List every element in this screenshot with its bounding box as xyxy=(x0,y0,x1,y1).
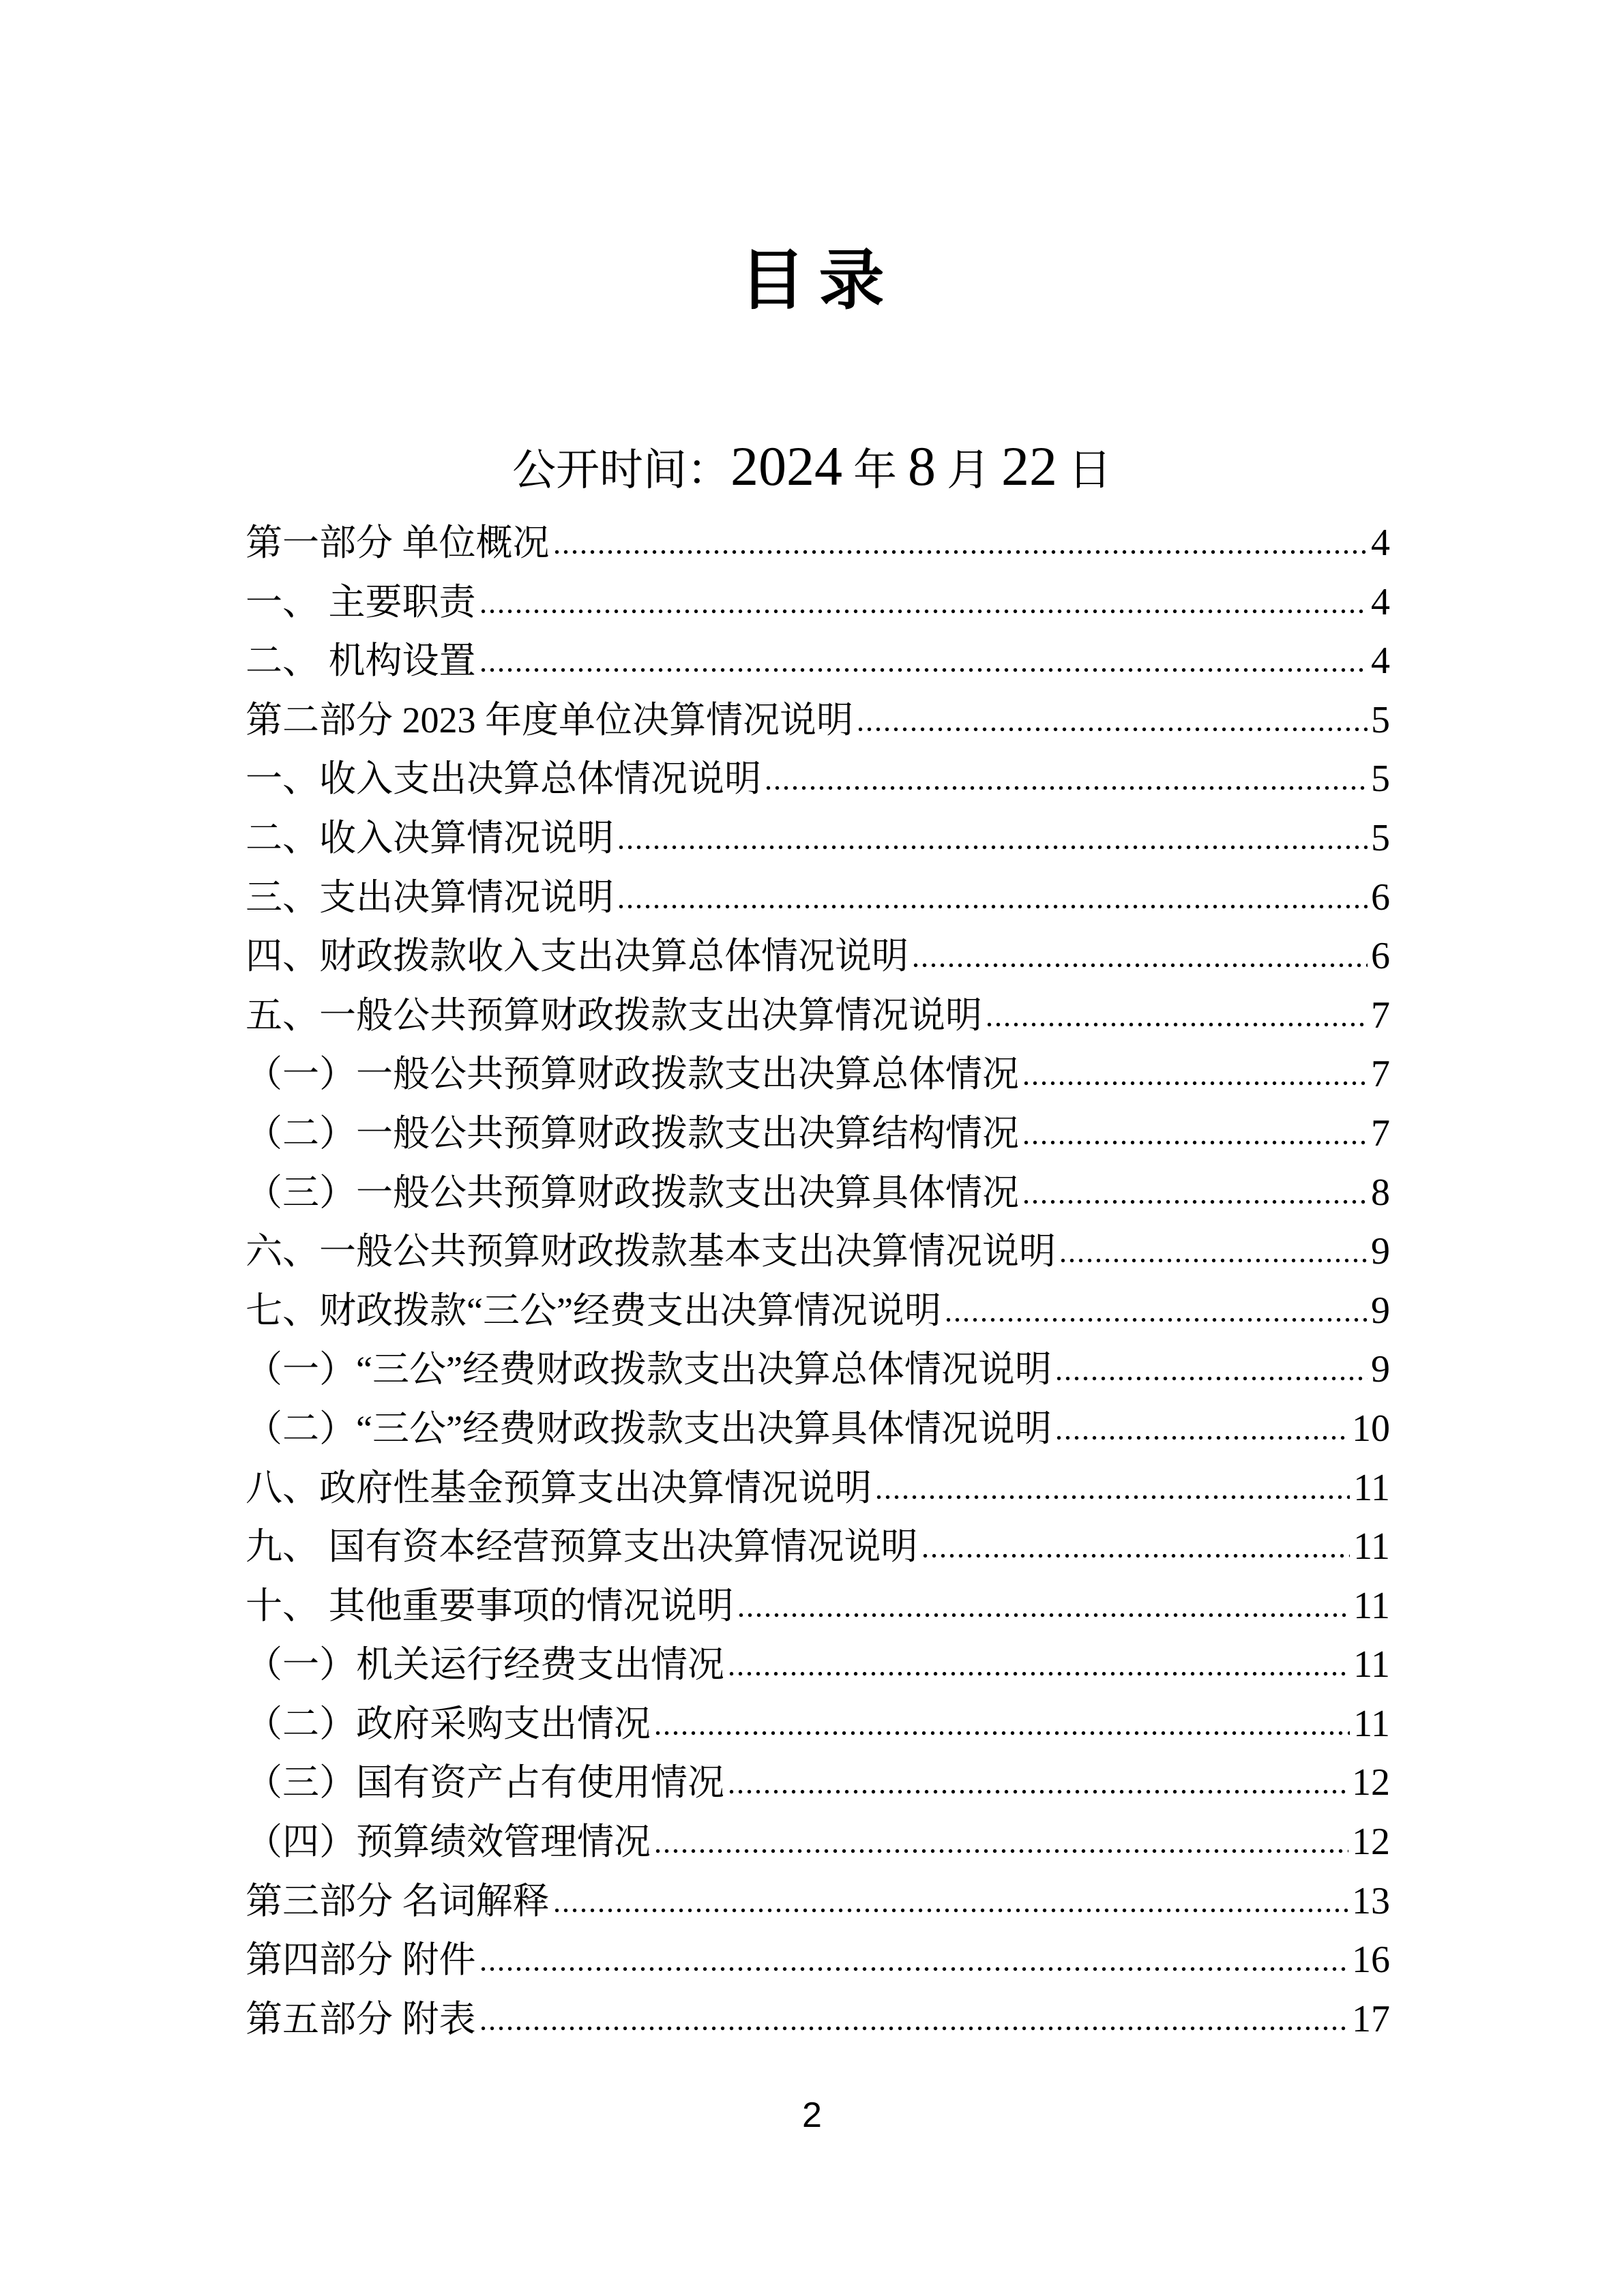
toc-entry[interactable]: 第四部分 附件16 xyxy=(246,1930,1390,1990)
toc-entry-page: 7 xyxy=(1371,1045,1390,1104)
toc-leader-dots xyxy=(552,549,1368,555)
toc-leader-dots xyxy=(653,1848,1348,1854)
toc-leader-dots xyxy=(479,667,1368,673)
toc-entry-page: 12 xyxy=(1352,1753,1390,1813)
toc-entry-label: （一）“三公”经费财政拨款支出决算总体情况说明 xyxy=(246,1340,1052,1399)
toc-entry-label: （三）国有资产占有使用情况 xyxy=(246,1753,724,1813)
toc-leader-dots xyxy=(617,904,1368,910)
toc-entry-page: 17 xyxy=(1352,1990,1390,2049)
toc-leader-dots xyxy=(727,1789,1348,1795)
toc-entry[interactable]: 第二部分 2023 年度单位决算情况说明5 xyxy=(246,691,1390,750)
toc-entry-page: 11 xyxy=(1353,1577,1390,1636)
toc-entry-label: （二）政府采购支出情况 xyxy=(246,1695,651,1754)
toc-leader-dots xyxy=(1054,1435,1348,1441)
toc-entry-label: （二）“三公”经费财政拨款支出决算具体情况说明 xyxy=(246,1399,1052,1459)
table-of-contents: 第一部分 单位概况4一、 主要职责4二、 机构设置4第二部分 2023 年度单位… xyxy=(246,513,1390,2048)
toc-entry[interactable]: 九、 国有资本经营预算支出决算情况说明11 xyxy=(246,1517,1390,1577)
toc-entry[interactable]: 第五部分 附表17 xyxy=(246,1990,1390,2049)
toc-entry-label: （三）一般公共预算财政拨款支出决算具体情况 xyxy=(246,1163,1019,1223)
toc-entry-label: 二、 机构设置 xyxy=(246,631,476,691)
toc-entry[interactable]: 二、 机构设置4 xyxy=(246,631,1390,691)
toc-entry-page: 9 xyxy=(1371,1222,1390,1281)
toc-leader-dots xyxy=(1022,1139,1368,1146)
toc-entry-label: 一、收入支出决算总体情况说明 xyxy=(246,749,761,809)
toc-entry-label: 一、 主要职责 xyxy=(246,573,476,632)
toc-entry-label: 六、一般公共预算财政拨款基本支出决算情况说明 xyxy=(246,1222,1056,1281)
toc-entry-page: 16 xyxy=(1352,1930,1390,1990)
toc-entry-page: 11 xyxy=(1353,1459,1390,1518)
toc-entry-label: （一）机关运行经费支出情况 xyxy=(246,1635,724,1695)
toc-entry-page: 4 xyxy=(1371,513,1390,573)
toc-entry-page: 13 xyxy=(1352,1872,1390,1931)
toc-entry[interactable]: 五、一般公共预算财政拨款支出决算情况说明7 xyxy=(246,986,1390,1045)
toc-entry[interactable]: （二）政府采购支出情况11 xyxy=(246,1695,1390,1754)
toc-entry[interactable]: （一）机关运行经费支出情况11 xyxy=(246,1635,1390,1695)
toc-entry-label: （一）一般公共预算财政拨款支出决算总体情况 xyxy=(246,1045,1019,1104)
toc-entry-page: 9 xyxy=(1371,1281,1390,1341)
toc-entry-label: 十、 其他重要事项的情况说明 xyxy=(246,1577,734,1636)
toc-leader-dots xyxy=(856,726,1368,732)
toc-entry-page: 11 xyxy=(1353,1635,1390,1695)
toc-entry-page: 4 xyxy=(1371,631,1390,691)
toc-entry[interactable]: 三、支出决算情况说明6 xyxy=(246,868,1390,927)
page-number: 2 xyxy=(0,2095,1624,2136)
toc-entry[interactable]: 六、一般公共预算财政拨款基本支出决算情况说明9 xyxy=(246,1222,1390,1281)
toc-entry-page: 6 xyxy=(1371,927,1390,986)
toc-entry[interactable]: 七、财政拨款“三公”经费支出决算情况说明9 xyxy=(246,1281,1390,1341)
toc-entry-page: 11 xyxy=(1353,1695,1390,1754)
toc-entry-label: 第一部分 单位概况 xyxy=(246,513,550,573)
toc-entry[interactable]: （二）一般公共预算财政拨款支出决算结构情况7 xyxy=(246,1104,1390,1163)
toc-entry[interactable]: （三）国有资产占有使用情况12 xyxy=(246,1753,1390,1813)
toc-entry-label: 第四部分 附件 xyxy=(246,1930,476,1990)
toc-leader-dots xyxy=(764,785,1368,791)
publish-date-text: 月 xyxy=(936,446,1001,494)
toc-entry-page: 9 xyxy=(1371,1340,1390,1399)
toc-leader-dots xyxy=(617,844,1368,850)
toc-entry[interactable]: 第一部分 单位概况4 xyxy=(246,513,1390,573)
publish-date-text: 日 xyxy=(1057,446,1112,494)
toc-entry[interactable]: （二）“三公”经费财政拨款支出决算具体情况说明10 xyxy=(246,1399,1390,1459)
toc-leader-dots xyxy=(1022,1199,1368,1205)
toc-entry[interactable]: （一）“三公”经费财政拨款支出决算总体情况说明9 xyxy=(246,1340,1390,1399)
toc-entry[interactable]: （四）预算绩效管理情况12 xyxy=(246,1813,1390,1872)
toc-leader-dots xyxy=(911,962,1368,968)
toc-entry[interactable]: （三）一般公共预算财政拨款支出决算具体情况8 xyxy=(246,1163,1390,1223)
toc-entry-page: 7 xyxy=(1371,986,1390,1045)
toc-entry[interactable]: 八、政府性基金预算支出决算情况说明11 xyxy=(246,1459,1390,1518)
toc-leader-dots xyxy=(653,1730,1350,1736)
toc-entry-label: 二、收入决算情况说明 xyxy=(246,809,614,868)
toc-leader-dots xyxy=(985,1022,1368,1028)
toc-leader-dots xyxy=(1054,1375,1368,1382)
toc-entry[interactable]: 十、 其他重要事项的情况说明11 xyxy=(246,1577,1390,1636)
toc-entry-label: 第五部分 附表 xyxy=(246,1990,476,2049)
page-title: 目录 xyxy=(0,241,1624,320)
toc-leader-dots xyxy=(727,1671,1350,1677)
toc-entry[interactable]: （一）一般公共预算财政拨款支出决算总体情况7 xyxy=(246,1045,1390,1104)
toc-entry-page: 4 xyxy=(1371,573,1390,632)
publish-date-line: 公开时间：2024 年 8 月 22 日 xyxy=(0,442,1624,498)
toc-entry[interactable]: 第三部分 名词解释13 xyxy=(246,1872,1390,1931)
toc-entry-page: 5 xyxy=(1371,691,1390,750)
toc-entry[interactable]: 一、收入支出决算总体情况说明5 xyxy=(246,749,1390,809)
toc-entry-label: 三、支出决算情况说明 xyxy=(246,868,614,927)
publish-date-number: 8 xyxy=(908,435,936,497)
toc-entry-label: 八、政府性基金预算支出决算情况说明 xyxy=(246,1459,872,1518)
toc-entry[interactable]: 二、收入决算情况说明5 xyxy=(246,809,1390,868)
toc-entry-label: 第三部分 名词解释 xyxy=(246,1872,550,1931)
publish-date-number: 22 xyxy=(1001,435,1057,497)
publish-date-text: 公开时间： xyxy=(512,446,730,494)
toc-leader-dots xyxy=(1059,1257,1368,1264)
toc-entry-label: 第二部分 2023 年度单位决算情况说明 xyxy=(246,691,853,750)
toc-leader-dots xyxy=(479,2025,1349,2031)
toc-leader-dots xyxy=(921,1553,1350,1559)
toc-leader-dots xyxy=(737,1612,1350,1618)
toc-entry-page: 10 xyxy=(1352,1399,1390,1459)
toc-leader-dots xyxy=(479,608,1368,614)
publish-date-text: 年 xyxy=(842,446,908,494)
toc-leader-dots xyxy=(944,1317,1368,1323)
toc-entry-page: 11 xyxy=(1353,1517,1390,1577)
toc-leader-dots xyxy=(552,1907,1349,1913)
publish-date-number: 2024 xyxy=(730,435,842,497)
toc-entry[interactable]: 四、财政拨款收入支出决算总体情况说明6 xyxy=(246,927,1390,986)
toc-entry-label: 四、财政拨款收入支出决算总体情况说明 xyxy=(246,927,909,986)
document-page: 目录 公开时间：2024 年 8 月 22 日 第一部分 单位概况4一、 主要职… xyxy=(0,0,1624,2296)
toc-leader-dots xyxy=(479,1966,1349,1972)
toc-entry-label: （四）预算绩效管理情况 xyxy=(246,1813,651,1872)
toc-entry-label: 九、 国有资本经营预算支出决算情况说明 xyxy=(246,1517,918,1577)
toc-entry-page: 12 xyxy=(1352,1813,1390,1872)
toc-entry-label: 七、财政拨款“三公”经费支出决算情况说明 xyxy=(246,1281,941,1341)
toc-entry-label: （二）一般公共预算财政拨款支出决算结构情况 xyxy=(246,1104,1019,1163)
toc-entry-page: 8 xyxy=(1371,1163,1390,1223)
toc-entry[interactable]: 一、 主要职责4 xyxy=(246,573,1390,632)
toc-leader-dots xyxy=(1022,1080,1368,1086)
toc-entry-page: 7 xyxy=(1371,1104,1390,1163)
toc-leader-dots xyxy=(874,1494,1350,1500)
toc-entry-label: 五、一般公共预算财政拨款支出决算情况说明 xyxy=(246,986,982,1045)
toc-entry-page: 5 xyxy=(1371,809,1390,868)
toc-entry-page: 5 xyxy=(1371,749,1390,809)
toc-entry-page: 6 xyxy=(1371,868,1390,927)
